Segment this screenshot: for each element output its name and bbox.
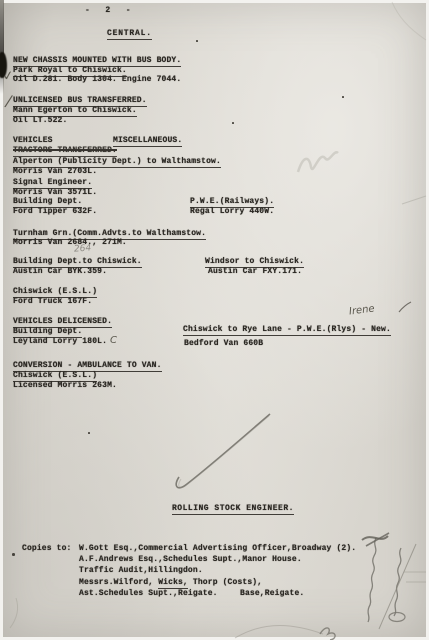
copies-line-4-post: Thorp (Costs), (188, 578, 262, 587)
delicensed-route-building: Building Dept. (13, 327, 82, 336)
section-misc-title: MISCELLANEOUS. (113, 136, 182, 145)
vehicle-austin-car-left: Austin Car BYK.359. (13, 267, 107, 276)
vehicle-morris-van-3: Morris Van 2684., 271M. (13, 238, 127, 247)
handwritten-letter-c: C (110, 335, 117, 346)
copies-line-5a: Ast.Schedules Supt.,Reigate. (79, 589, 218, 598)
document-heading: CENTRAL. (107, 29, 152, 38)
copies-label: Copies to: (22, 544, 72, 553)
misc-route-building-dept: Building Dept. (13, 197, 82, 206)
section-new-chassis-title: NEW CHASSIS MOUNTED WITH BUS BODY. (13, 56, 181, 65)
signature-title: ROLLING STOCK ENGINEER. (172, 504, 294, 513)
vehicle-bedford-van: Bedford Van 660B (184, 339, 263, 348)
route-windsor-to-chiswick: Windsor to Chiswick. (205, 257, 304, 266)
paper-speck (88, 432, 90, 434)
page-number: - 2 - (85, 6, 133, 15)
section-unlicensed-route: Mann Egerton to Chiswick. (13, 106, 137, 115)
heading-text: CENTRAL. (107, 29, 152, 40)
route-chiswick-esl-1: Chiswick (E.S.L.) (13, 287, 97, 296)
misc-vehicle-regal-lorry: Regal Lorry 440W. (190, 207, 274, 216)
misc-route-pwe-railways: P.W.E.(Railways). (190, 197, 274, 206)
route-chiswick-esl-2: Chiswick (E.S.L.) (13, 371, 97, 380)
paper-speck (232, 122, 234, 124)
vehicle-leyland-lorry: Leyland Lorry 180L. (13, 337, 107, 346)
conversion-detail: Licensed Morris 263M. (13, 381, 117, 390)
route-turnham-green: Turnham Grn.(Comm.Advts.to Walthamstow. (13, 229, 206, 238)
section-new-chassis-detail: Oil D.281. Body 1304. Engine 7044. (13, 75, 181, 84)
section-unlicensed-detail: Oil LT.522. (13, 116, 67, 125)
misc-vehicle-ford-tipper: Ford Tipper 632F. (13, 207, 97, 216)
vehicle-ford-truck: Ford Truck 167F. (13, 297, 92, 306)
misc-route-signal-engineer: Signal Engineer. (13, 178, 92, 187)
section-delicensed-title: VEHICLES DELICENSED. (13, 317, 112, 326)
misc-vehicle-morris-van-1: Morris Van 2703L. (13, 167, 97, 176)
section-misc-struck-line: TRACTORS TRANSFERRED. (13, 146, 117, 155)
paper-speck (58, 300, 60, 302)
misc-vehicle-morris-van-2: Morris Van 3571L. (13, 188, 97, 197)
scanned-document: - 2 - CENTRAL. NEW CHASSIS MOUNTED WITH … (0, 0, 429, 640)
route-building-to-chiswick: Building Dept.to Chiswick. (13, 257, 142, 266)
scan-edge-dark-bar (0, 0, 4, 94)
route-chiswick-rye-lane: Chiswick to Rye Lane - P.W.E.(Rlys) - Ne… (183, 325, 391, 334)
copies-line-4-pre: Messrs.Wilford, (79, 578, 158, 587)
copies-line-1: W.Gott Esq.,Commercial Advertising Offic… (79, 544, 356, 553)
section-new-chassis-route: Park Royal to Chiswick. (13, 66, 127, 75)
copies-line-3: Traffic Audit,Hillingdon. (79, 566, 203, 575)
section-unlicensed-title: UNLICENSED BUS TRANSFERRED. (13, 96, 147, 105)
copies-line-4-underlined: Wicks, (158, 578, 188, 589)
handwritten-number-264: 264 (74, 243, 92, 254)
paper-speck (12, 553, 15, 556)
vehicle-austin-car-right: Austin Car FXY.171. (208, 267, 302, 276)
copies-line-5b: Base,Reigate. (240, 589, 304, 598)
copies-line-4: Messrs.Wilford, Wicks, Thorp (Costs), (79, 578, 262, 587)
section-misc-label: VEHICLES (13, 136, 53, 145)
paper-speck (342, 96, 344, 98)
section-conversion-title: CONVERSION - AMBULANCE TO VAN. (13, 361, 162, 370)
copies-line-2: A.F.Andrews Esq.,Schedules Supt.,Manor H… (79, 555, 302, 564)
paper-speck (196, 40, 198, 42)
misc-route-alperton: Alperton (Publicity Dept.) to Walthamsto… (13, 157, 221, 166)
